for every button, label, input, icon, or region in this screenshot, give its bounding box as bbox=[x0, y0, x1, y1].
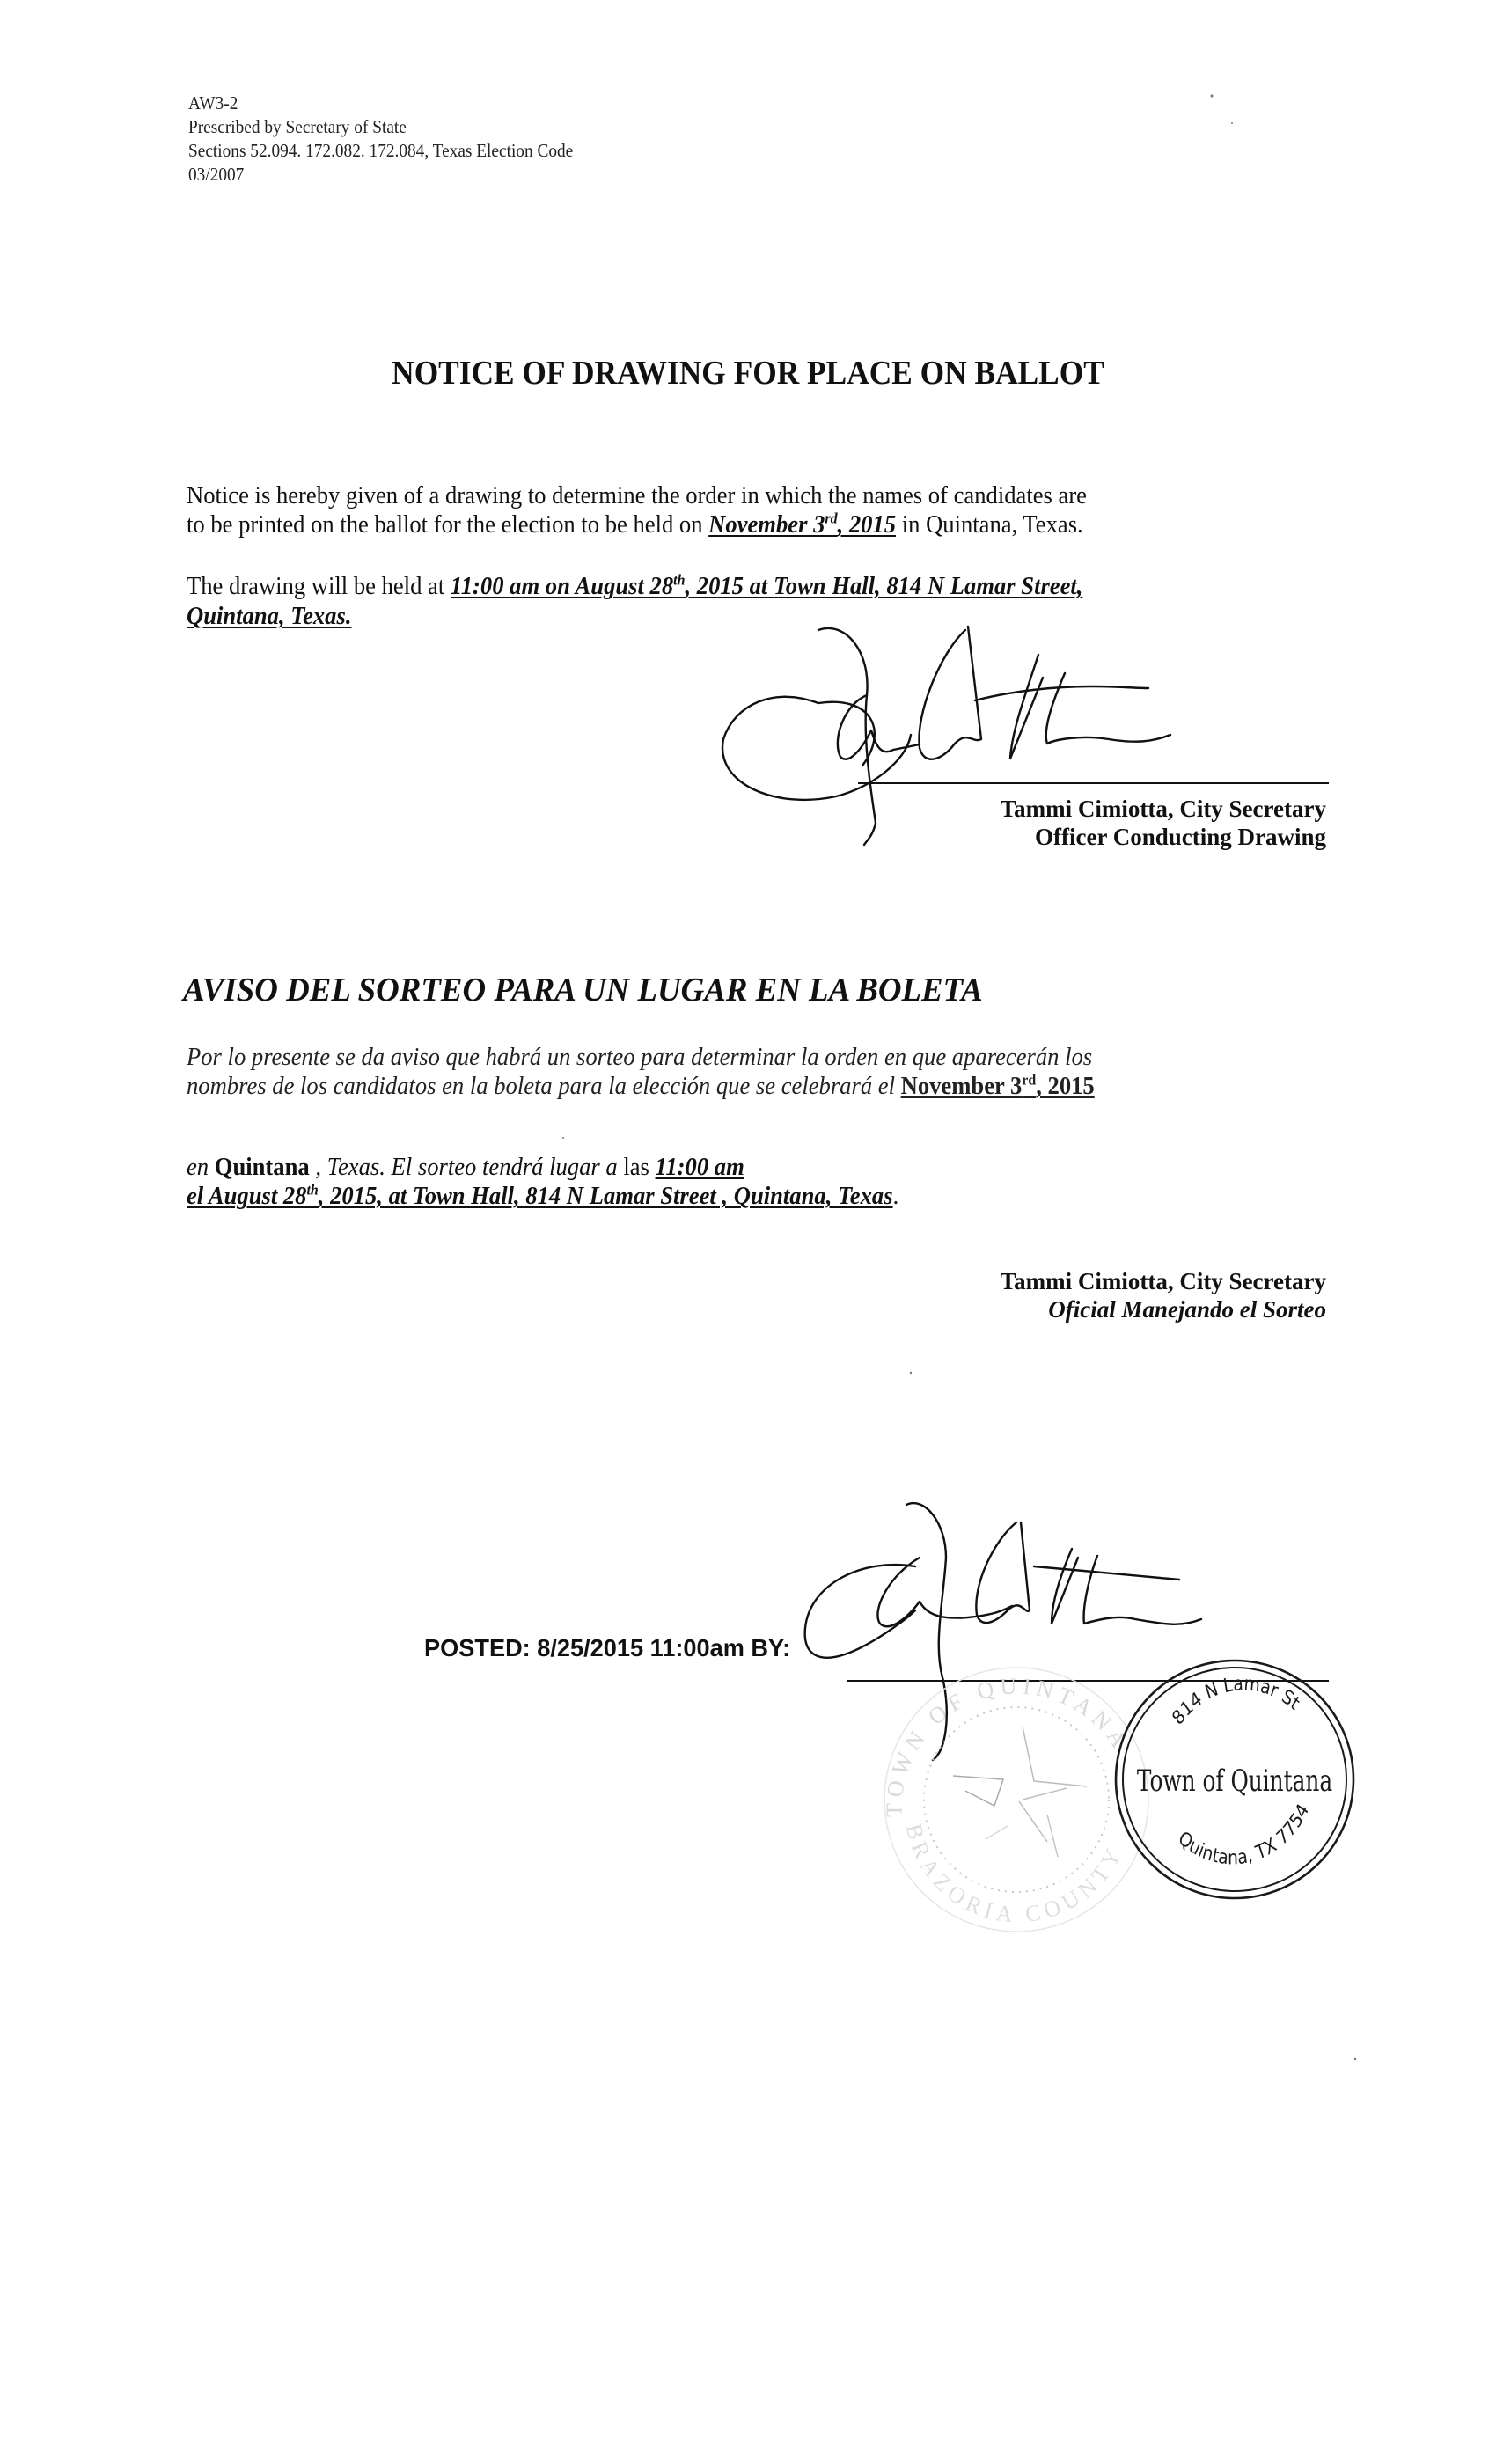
code-sections: Sections 52.094. 172.082. 172.084, Texas… bbox=[188, 139, 573, 163]
ordinal-suffix: rd bbox=[825, 510, 837, 527]
document-page: AW3-2 Prescribed by Secretary of State S… bbox=[0, 0, 1496, 2464]
text-segment: , Texas. El sorteo tendrá lugar a bbox=[310, 1154, 624, 1181]
english-notice-paragraph: Notice is hereby given of a drawing to d… bbox=[187, 481, 1087, 539]
signature-2 bbox=[805, 1503, 1201, 1760]
ordinal-suffix: rd bbox=[1022, 1072, 1036, 1089]
english-notice-line-1: Notice is hereby given of a drawing to d… bbox=[187, 481, 1087, 510]
spanish-notice-paragraph: Por lo presente se da aviso que habrá un… bbox=[187, 1043, 1095, 1101]
city-name: Quintana bbox=[215, 1154, 310, 1181]
text-segment: las bbox=[623, 1154, 655, 1181]
election-date: November 3rd, 2015 bbox=[708, 511, 896, 539]
english-title: NOTICE OF DRAWING FOR PLACE ON BALLOT bbox=[53, 354, 1444, 392]
spanish-signature-block: Tammi Cimiotta, City Secretary Oficial M… bbox=[1001, 1267, 1326, 1324]
embossed-seal-top-text: TOWN OF QUINTANA bbox=[882, 1673, 1135, 1817]
spanish-title: AVISO DEL SORTEO PARA UN LUGAR EN LA BOL… bbox=[183, 971, 983, 1009]
signer-name: Tammi Cimiotta, City Secretary bbox=[1001, 795, 1326, 823]
spanish-drawing-paragraph: en Quintana , Texas. El sorteo tendrá lu… bbox=[187, 1153, 898, 1211]
revision-date: 03/2007 bbox=[188, 163, 573, 187]
date-text: November 3 bbox=[708, 511, 825, 539]
text-segment: The drawing will be held at bbox=[187, 573, 451, 600]
embossed-seal bbox=[884, 1668, 1148, 1932]
time-text: 11:00 am on August 28 bbox=[451, 573, 673, 600]
place-text: , 2015 at Town Hall, 814 N Lamar Street, bbox=[685, 573, 1082, 600]
spanish-notice-line-2: nombres de los candidatos en la boleta p… bbox=[187, 1072, 1095, 1101]
town-stamp bbox=[1116, 1661, 1353, 1898]
prescribed-by: Prescribed by Secretary of State bbox=[188, 115, 573, 139]
english-drawing-line-1: The drawing will be held at 11:00 am on … bbox=[187, 572, 1082, 602]
form-header: AW3-2 Prescribed by Secretary of State S… bbox=[188, 92, 606, 187]
year-text: , 2015 bbox=[838, 511, 897, 539]
drawing-date-place: el August 28th, 2015, at Town Hall, 814 … bbox=[187, 1183, 893, 1210]
election-date: November 3rd, 2015 bbox=[901, 1073, 1095, 1100]
form-id: AW3-2 bbox=[188, 92, 573, 115]
signer-role: Oficial Manejando el Sorteo bbox=[1001, 1295, 1326, 1324]
signer-name: Tammi Cimiotta, City Secretary bbox=[1001, 1267, 1326, 1295]
posted-signature-line bbox=[847, 1680, 1329, 1682]
drawing-time: 11:00 am bbox=[656, 1154, 744, 1181]
english-drawing-paragraph: The drawing will be held at 11:00 am on … bbox=[187, 572, 1082, 632]
spanish-drawing-line-2: el August 28th, 2015, at Town Hall, 814 … bbox=[187, 1182, 898, 1211]
english-drawing-line-2: Quintana, Texas. bbox=[187, 602, 1082, 632]
stamp-bottom-text: Quintana, TX 77541 bbox=[180, 0, 1313, 1869]
english-signature-block: Tammi Cimiotta, City Secretary Officer C… bbox=[1001, 795, 1326, 851]
date-text: el August 28 bbox=[187, 1183, 306, 1210]
location-text: Quintana, Texas. bbox=[187, 603, 351, 630]
place-text: , 2015, at Town Hall, 814 N Lamar Street… bbox=[319, 1183, 893, 1210]
year-text: , 2015 bbox=[1036, 1073, 1094, 1100]
text-segment: . bbox=[893, 1183, 899, 1210]
text-segment: in Quintana, Texas. bbox=[896, 511, 1083, 539]
english-signature-line bbox=[858, 782, 1329, 784]
ordinal-suffix: th bbox=[306, 1182, 318, 1199]
ordinal-suffix: th bbox=[673, 572, 685, 589]
signer-role: Officer Conducting Drawing bbox=[1001, 823, 1326, 851]
stamp-center-text: Town of Quintana bbox=[1137, 1764, 1332, 1799]
text-segment: nombres de los candidatos en la boleta p… bbox=[187, 1073, 901, 1100]
english-notice-line-2: to be printed on the ballot for the elec… bbox=[187, 510, 1087, 539]
drawing-time-place: 11:00 am on August 28th, 2015 at Town Ha… bbox=[451, 573, 1083, 600]
embossed-seal-bottom-text: BRAZORIA COUNTY bbox=[901, 1822, 1129, 1928]
spanish-drawing-line-1: en Quintana , Texas. El sorteo tendrá lu… bbox=[187, 1153, 898, 1182]
date-text: November 3 bbox=[901, 1073, 1023, 1100]
text-segment: en bbox=[187, 1154, 215, 1181]
spanish-notice-line-1: Por lo presente se da aviso que habrá un… bbox=[187, 1043, 1095, 1072]
posted-label: POSTED: 8/25/2015 11:00am BY: bbox=[424, 1634, 790, 1662]
text-segment: to be printed on the ballot for the elec… bbox=[187, 511, 708, 539]
